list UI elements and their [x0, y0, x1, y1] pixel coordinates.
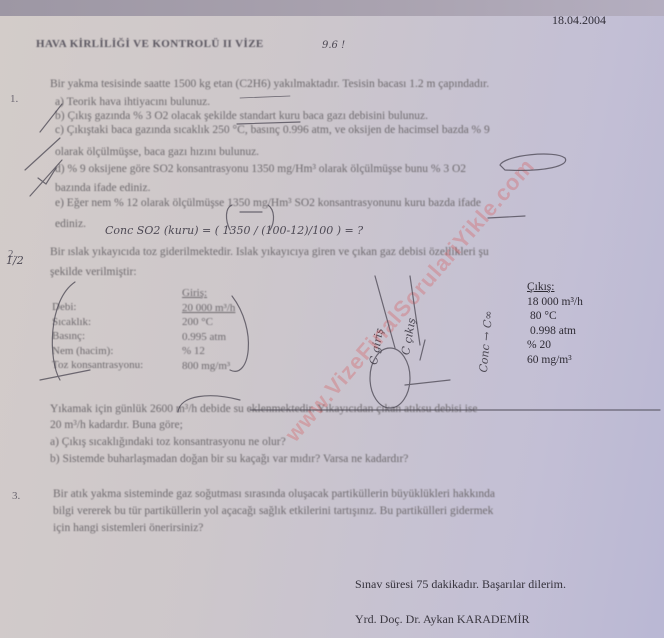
- handwritten-pen-marks: [0, 0, 664, 638]
